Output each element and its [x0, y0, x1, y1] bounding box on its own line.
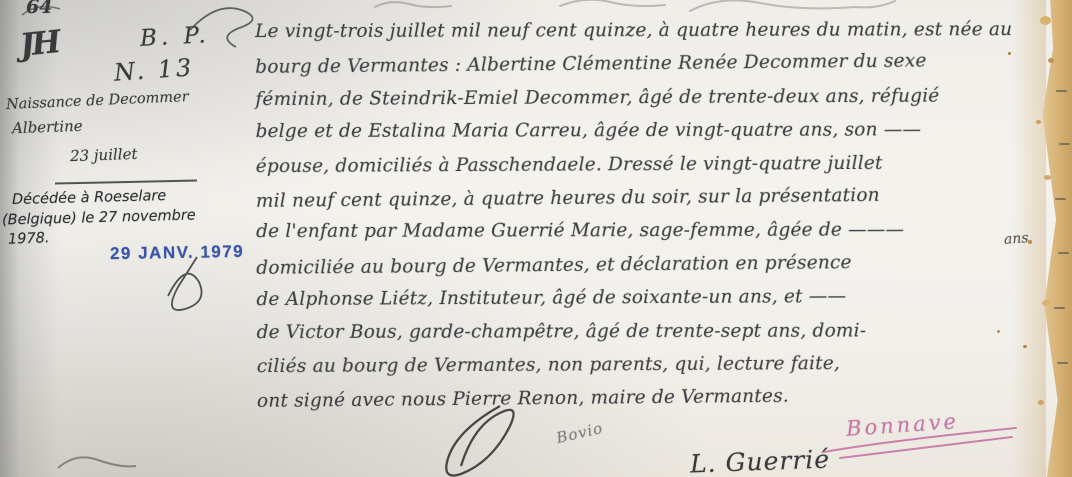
margin-bp-mark: B. P.	[139, 22, 210, 52]
act-line: de Victor Bous, garde-champêtre, âgé de …	[257, 314, 1049, 349]
act-line: de Alphonse Liétz, Instituteur, âgé de s…	[256, 279, 1048, 317]
act-line: Le vingt-trois juillet mil neuf cent qui…	[255, 13, 1047, 48]
faint-pencil-signature: Bovio	[555, 419, 605, 447]
adjacent-page-line	[1056, 90, 1067, 92]
register-scan-page: 64 JH B. P. N. 13 Naissance de Decommer …	[0, 0, 1072, 477]
adjacent-page-line	[1055, 198, 1066, 200]
birth-act-body: Le vingt-trois juillet mil neuf cent qui…	[255, 12, 1049, 417]
death-annotation-line1: Décédée à Roeselare	[12, 188, 167, 208]
registrar-monogram: JH	[18, 24, 60, 64]
margin-act-date: 23 juillet	[70, 145, 138, 165]
act-line: belge et de Estalina Maria Carreu, âgée …	[256, 113, 1048, 148]
act-line: mil neuf cent quinze, à quatre heures du…	[256, 177, 1048, 218]
act-line: de l'enfant par Madame Guerrié Marie, sa…	[256, 213, 1048, 248]
adjacent-page-line	[1059, 143, 1070, 145]
margin-act-title-line1: Naissance de Decommer	[6, 89, 189, 113]
adjacent-page-line	[1058, 252, 1069, 254]
death-annotation-line2: (Belgique) le 27 novembre	[2, 207, 196, 228]
margin-divider-rule	[55, 180, 197, 185]
right-margin-word: ans	[1003, 230, 1029, 248]
witness-signature: L. Guerrié	[690, 445, 831, 477]
pink-ink-signature: Bonnave	[845, 409, 959, 441]
act-line: féminin, de Steindrik-Emiel Decommer, âg…	[255, 79, 1047, 117]
adjacent-page-line	[1054, 307, 1065, 309]
margin-act-title-line2: Albertine	[12, 117, 83, 137]
death-annotation-line3: 1978.	[8, 230, 50, 247]
margin-corner-number: 64	[26, 0, 52, 18]
paper-stain	[1048, 58, 1054, 63]
act-number: N. 13	[113, 53, 195, 87]
adjacent-page-line	[1057, 362, 1068, 364]
date-stamp: 29 JANV. 1979	[110, 242, 245, 264]
